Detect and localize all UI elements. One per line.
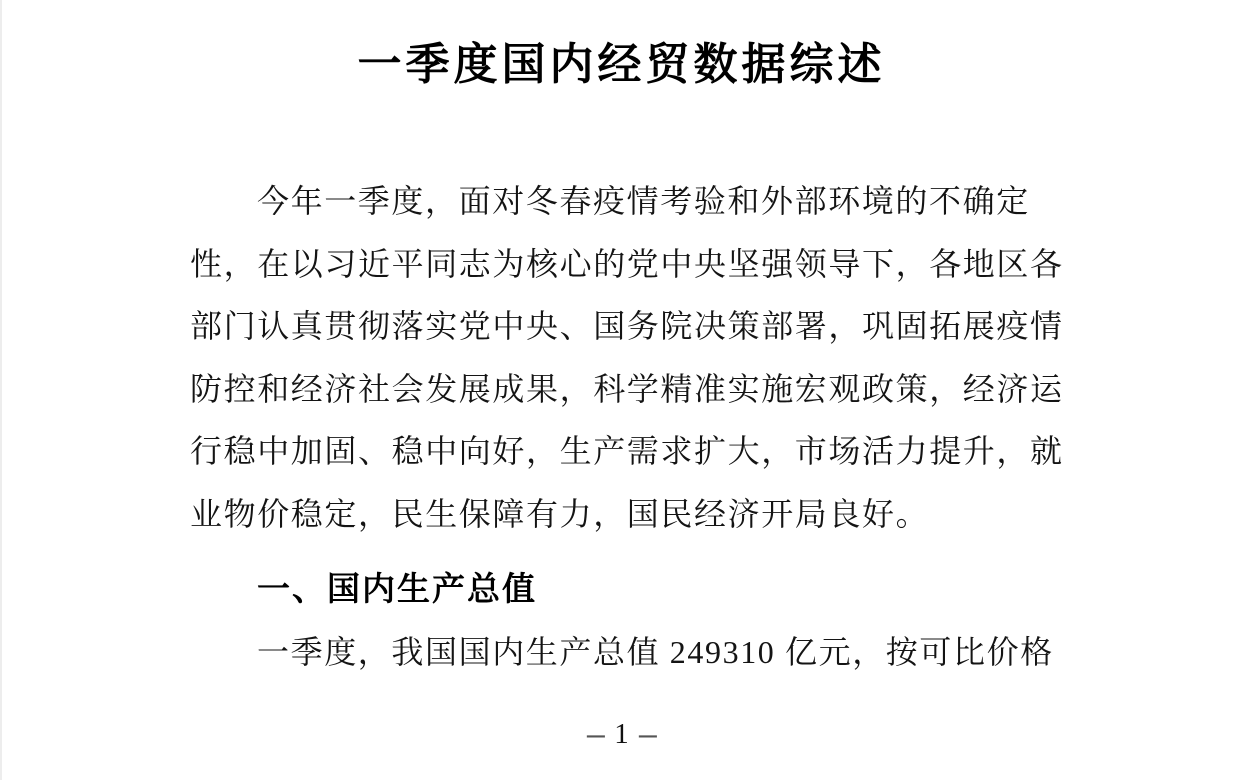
paragraph1-line-4: 防控和经济社会发展成果，科学精准实施宏观政策，经济运	[190, 358, 1058, 421]
section1-heading: 一、国内生产总值	[190, 558, 1058, 621]
section1-paragraph-line-1: 一季度，我国国内生产总值 249310 亿元，按可比价格	[190, 621, 1058, 684]
paragraph1-line-1: 今年一季度，面对冬春疫情考验和外部环境的不确定	[190, 170, 1058, 233]
document-body: 今年一季度，面对冬春疫情考验和外部环境的不确定 性，在以习近平同志为核心的党中央…	[190, 170, 1058, 683]
page-footer: -1-	[2, 718, 1241, 750]
paragraph1-line-6: 业物价稳定，民生保障有力，国民经济开局良好。	[190, 483, 1058, 546]
footer-left-dash: -	[584, 718, 607, 750]
paragraph1-line-2: 性，在以习近平同志为核心的党中央坚强领导下，各地区各	[190, 233, 1058, 296]
paragraph1-line-5: 行稳中加固、稳中向好，生产需求扩大，市场活力提升，就	[190, 420, 1058, 483]
document-page: 一季度国内经贸数据综述 今年一季度，面对冬春疫情考验和外部环境的不确定 性，在以…	[0, 0, 1241, 780]
page-number: 1	[614, 718, 629, 750]
footer-right-dash: -	[636, 718, 659, 750]
document-title: 一季度国内经贸数据综述	[2, 38, 1241, 92]
paragraph1-line-3: 部门认真贯彻落实党中央、国务院决策部署，巩固拓展疫情	[190, 295, 1058, 358]
